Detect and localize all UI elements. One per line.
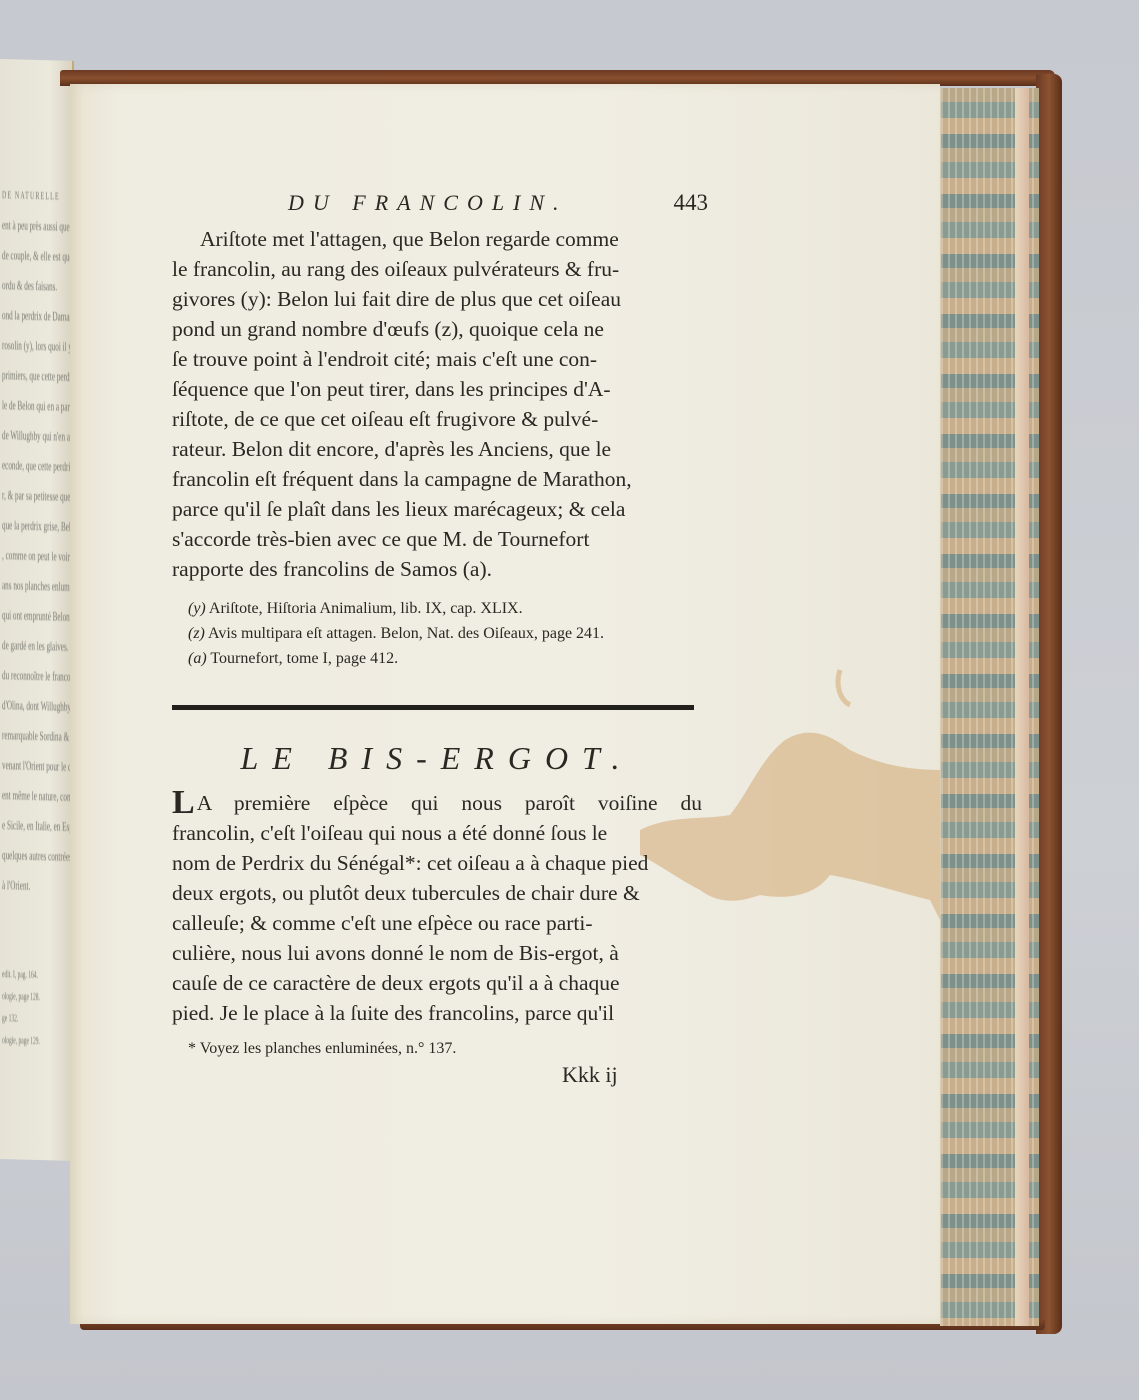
left-line: econde, que cette perdrix de (2, 457, 74, 475)
footnote-mark: (y) (188, 600, 206, 617)
footnotes: (y) Ariſtote, Hiſtoria Animalium, lib. I… (188, 596, 688, 671)
marbled-fore-edge (940, 88, 1039, 1326)
drop-cap: L (172, 788, 195, 818)
footnote-y: (y) Ariſtote, Hiſtoria Animalium, lib. I… (188, 596, 688, 621)
left-footnote: edit. I, pag. 164. (2, 969, 38, 981)
left-line: d'Olina, dont Willughby fait (2, 697, 74, 715)
text-line: s'accorde très-bien avec ce que M. de To… (172, 524, 702, 554)
text-line: pond un grand nombre d'œufs (z), quoique… (172, 314, 702, 344)
footnote-mark: (z) (188, 625, 205, 642)
text-line: calleuſe; & comme c'eſt une eſpèce ou ra… (172, 908, 702, 938)
signature-mark: Kkk ij (562, 1062, 618, 1088)
left-line: ent même le nature, comme je (2, 787, 74, 805)
left-line: du reconnoître le francolin de (2, 667, 74, 685)
text-line: riſtote, de ce que cet oiſeau eſt frugiv… (172, 404, 702, 434)
left-footnote: ge 132. (2, 1013, 18, 1024)
footnote-mark: (a) (188, 650, 207, 667)
left-line: quelques autres contrées (2, 847, 72, 865)
text-line-first: L A première eſpèce qui nous paroît voiſ… (172, 788, 702, 818)
running-head-title: DU FRANCOLIN. (288, 190, 568, 216)
text-line: cauſe de ce caractère de deux ergots qu'… (172, 968, 702, 998)
text-line: pied. Je le place à la ſuite des francol… (172, 998, 702, 1028)
left-line: venant l'Orient pour le climat (2, 757, 74, 775)
left-line: à l'Orient. (2, 877, 30, 894)
left-line: , comme on peut le voir en (2, 547, 74, 565)
left-footnote: ologie, page 128. (2, 991, 40, 1003)
section-divider-rule (172, 705, 694, 710)
left-running-head: DE NATURELLE (2, 189, 60, 203)
footnote-a: (a) Tournefort, tome I, page 412. (188, 646, 688, 671)
left-line: de gardé en les glaives. (2, 637, 69, 655)
text-line: ſe trouve point à l'endroit cité; mais c… (172, 344, 702, 374)
book-cover-right-edge (1036, 74, 1062, 1334)
left-line: ordu & des faisans. (2, 277, 57, 294)
text-line: parce qu'il ſe plaît dans les lieux maré… (172, 494, 702, 524)
left-line: ent à peu près aussi que les (2, 217, 74, 235)
section-title: LE BIS-ERGOT. (172, 740, 702, 777)
left-line: e Sicile, en Italie, en Espagne, (2, 817, 74, 835)
text-line: le francolin, au rang des oiſeaux pulvér… (172, 254, 702, 284)
left-line: r, & par sa petitesse quel- (2, 487, 74, 505)
text-line: francolin eſt fréquent dans la campagne … (172, 464, 702, 494)
text-line: ſéquence que l'on peut tirer, dans les p… (172, 374, 702, 404)
left-line: ans nos planches enluminées, (2, 577, 74, 595)
footnote-star: * Voyez les planches enluminées, n.° 137… (188, 1040, 456, 1058)
left-line: ond la perdrix de Damas (2, 307, 72, 325)
text-line: rapporte des francolins de Samos (a). (172, 554, 702, 584)
text-line: nom de Perdrix du Sénégal*: cet oiſeau a… (172, 848, 702, 878)
running-head: DU FRANCOLIN. 443 (288, 190, 708, 220)
text-line: Ariſtote met l'attagen, que Belon regard… (172, 224, 702, 254)
left-line: primiers, que cette perdrix (2, 367, 74, 385)
text-line: culière, nous lui avons donné le nom de … (172, 938, 702, 968)
left-line: le de Belon qui en a parlé (2, 397, 74, 415)
left-facing-page: DE NATURELLE ent à peu près aussi que le… (0, 59, 74, 1161)
footnote-z: (z) Avis multipara eſt attagen. Belon, N… (188, 621, 688, 646)
text-line: givores (y): Belon lui fait dire de plus… (172, 284, 702, 314)
page-number: 443 (674, 190, 709, 216)
left-line: qui ont emprunté Belon de la (2, 607, 74, 625)
footnote-text: Tournefort, tome I, page 412. (210, 650, 398, 667)
footnote-text: Avis multipara eſt attagen. Belon, Nat. … (208, 625, 604, 642)
left-line: rosolin (y), lors quoi il y a des (2, 337, 74, 355)
paragraph-aristote: Ariſtote met l'attagen, que Belon regard… (172, 224, 702, 584)
text-line: A première eſpèce qui nous paroît voiſin… (197, 788, 702, 818)
left-line: remarquable Sordina & rouge (2, 727, 74, 745)
left-line: que la perdrix grise, Belon (2, 517, 74, 535)
paragraph-bis-ergot: L A première eſpèce qui nous paroît voiſ… (172, 788, 702, 1028)
text-line: francolin, c'eſt l'oiſeau qui nous a été… (172, 818, 702, 848)
text-line: deux ergots, ou plutôt deux tubercules d… (172, 878, 702, 908)
left-footnote: ologie, page 129. (2, 1035, 40, 1047)
left-line: de couple, & elle est quelque (2, 247, 74, 265)
left-line: de Willughby qui n'en a parlé (2, 427, 74, 445)
text-line: rateur. Belon dit encore, d'après les An… (172, 434, 702, 464)
footnote-text: Ariſtote, Hiſtoria Animalium, lib. IX, c… (209, 600, 523, 617)
